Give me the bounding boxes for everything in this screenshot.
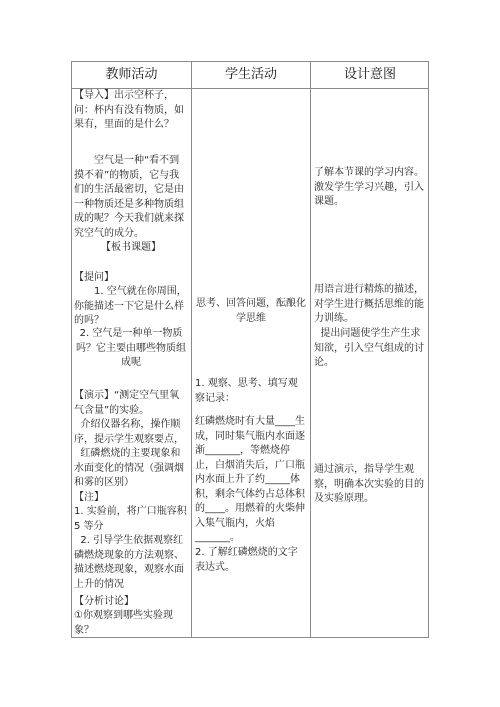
demo-points: 红磷燃烧的主要现象和水面变化的情况（强调烟和雾的区别） xyxy=(74,447,188,491)
header-design-intent: 设计意图 xyxy=(311,62,429,88)
student-activity-column: 思考、回答问题，酝酿化学思维 1. 观察、思考、填写观察记录： 红磷燃烧时有大量… xyxy=(192,89,310,637)
analysis-title: 【分析讨论】 xyxy=(74,595,188,610)
intro-text: 【导入】出示空杯子，问：杯内有没有物质，如果有，里面的是什么？ xyxy=(74,89,188,133)
observation-record: 红磷燃烧时有大量____生成，同时集气瓶内水面逐渐_______，等燃烧停止，白… xyxy=(195,415,307,546)
demo-intro: 介绍仪器名称，操作顺序，提示学生观察要点， xyxy=(74,418,188,447)
question-intent: 用语言进行精炼的描述，对学生进行概括思维的能力训练。 xyxy=(314,283,426,327)
intro-intent: 了解本节课的学习内容。激发学生学习兴趣，引入课题。 xyxy=(314,166,426,210)
analysis-question-1: ①你观察到哪些实验现象？ xyxy=(74,609,188,638)
note-1: 1. 实验前，将广口瓶容积 5 等分 xyxy=(74,505,188,534)
demo-intent: 通过演示，指导学生观察，明确本次实验的目的及实验原理。 xyxy=(314,463,426,507)
expression-text: 2. 了解红磷燃烧的文字表达式。 xyxy=(195,546,307,575)
board-title-label: 【板书课题】 xyxy=(74,241,188,256)
note-title: 【注】 xyxy=(74,491,188,506)
teacher-activity-column: 【导入】出示空杯子，问：杯内有没有物质，如果有，里面的是什么？ 空气是一种“看不… xyxy=(72,89,191,637)
demo-title: 【演示】“测定空气里氧气含量”的实验。 xyxy=(74,389,188,418)
question-1: 1. 空气就在你周围，你能描述一下它是什么样的吗？ xyxy=(74,285,188,329)
air-intro-text: 空气是一种“看不到摸不着”的物质，它与我们的生活最密切，它是由一种物质还是多种物… xyxy=(74,154,188,241)
lesson-plan-table: 教师活动 学生活动 设计意图 【导入】出示空杯子，问：杯内有没有物质，如果有，里… xyxy=(71,61,429,638)
question-2: 2. 空气是一种单一物质吗？它主要由哪些物质组成呢 xyxy=(74,327,188,371)
table-header-row: 教师活动 学生活动 设计意图 xyxy=(72,62,428,89)
question-title: 【提问】 xyxy=(74,271,188,286)
question-intent-2: 提出问题使学生产生求知欲，引入空气组成的讨论。 xyxy=(314,327,426,371)
note-2: 2. 引导学生依据观察红磷燃烧现象的方法观察、描述燃烧现象，观察水面上升的情况 xyxy=(74,534,188,592)
think-answer-text: 思考、回答问题，酝酿化学思维 xyxy=(195,297,307,326)
header-student-activity: 学生活动 xyxy=(192,62,310,88)
design-intent-column: 了解本节课的学习内容。激发学生学习兴趣，引入课题。 用语言进行精炼的描述，对学生… xyxy=(311,89,429,637)
observe-text: 1. 观察、思考、填写观察记录： xyxy=(195,377,307,406)
header-teacher-activity: 教师活动 xyxy=(72,62,191,88)
